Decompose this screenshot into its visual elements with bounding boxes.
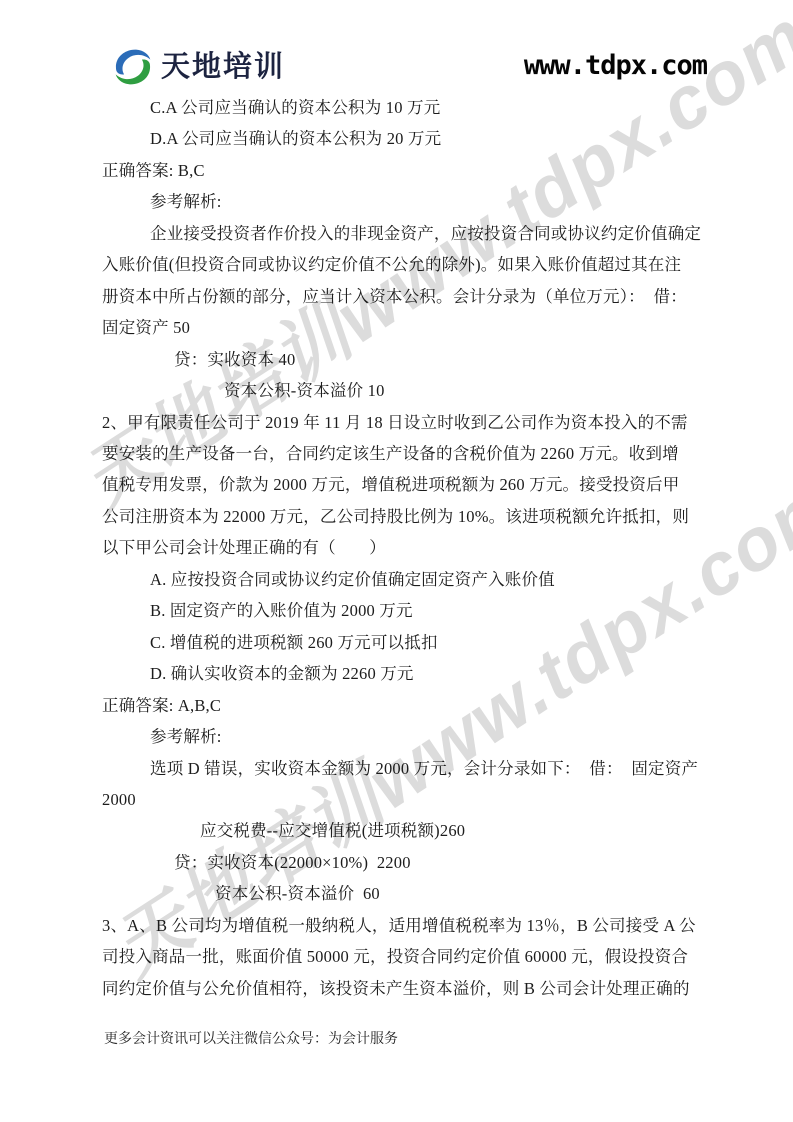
text-line: B. 固定资产的入账价值为 2000 万元 bbox=[102, 595, 692, 626]
text-line: 3、A、B 公司均为增值税一般纳税人，适用增值税税率为 13％，B 公司接受 A… bbox=[102, 910, 692, 941]
document-page: 天地培训www.tdpx.com 天地培训www.tdpx.com 天地培训 w… bbox=[0, 0, 793, 1122]
document-body: C.A 公司应当确认的资本公积为 10 万元D.A 公司应当确认的资本公积为 2… bbox=[102, 92, 692, 1004]
site-url-text: www.tdpx.com bbox=[524, 50, 707, 81]
text-line: 要安装的生产设备一台，合同约定该生产设备的含税价值为 2260 万元。收到增 bbox=[102, 438, 692, 469]
text-line: 参考解析: bbox=[102, 186, 692, 217]
text-line: C.A 公司应当确认的资本公积为 10 万元 bbox=[102, 92, 692, 123]
text-line: D.A 公司应当确认的资本公积为 20 万元 bbox=[102, 123, 692, 154]
text-line: 正确答案: A,B,C bbox=[102, 690, 692, 721]
text-line: 值税专用发票，价款为 2000 万元，增值税进项税额为 260 万元。接受投资后… bbox=[102, 469, 692, 500]
text-line: 固定资产 50 bbox=[102, 312, 692, 343]
text-line: 参考解析: bbox=[102, 721, 692, 752]
text-line: 以下甲公司会计处理正确的有（ ） bbox=[102, 532, 692, 563]
text-line: A. 应按投资合同或协议约定价值确定固定资产入账价值 bbox=[102, 564, 692, 595]
swirl-logo-icon bbox=[112, 46, 154, 88]
text-line: D. 确认实收资本的金额为 2260 万元 bbox=[102, 658, 692, 689]
text-line: 正确答案: B,C bbox=[102, 155, 692, 186]
text-line: 贷：实收资本 40 bbox=[102, 344, 692, 375]
text-line: 司投入商品一批，账面价值 50000 元，投资合同约定价值 60000 元，假设… bbox=[102, 941, 692, 972]
brand-logo: 天地培训 bbox=[112, 46, 285, 88]
brand-logo-text: 天地培训 bbox=[161, 46, 285, 88]
text-line: 选项 D 错误，实收资本金额为 2000 万元，会计分录如下： 借： 固定资产 bbox=[102, 753, 692, 784]
text-line: 企业接受投资者作价投入的非现金资产，应按投资合同或协议约定价值确定 bbox=[102, 218, 692, 249]
footer-note: 更多会计资讯可以关注微信公众号：为会计服务 bbox=[104, 1030, 398, 1050]
text-line: 资本公积-资本溢价 60 bbox=[102, 878, 692, 909]
text-line: C. 增值税的进项税额 260 万元可以抵扣 bbox=[102, 627, 692, 658]
text-line: 2000 bbox=[102, 784, 692, 815]
text-line: 册资本中所占份额的部分，应当计入资本公积。会计分录为（单位万元）： 借： bbox=[102, 281, 692, 312]
text-line: 同约定价值与公允价值相符，该投资未产生资本溢价，则 B 公司会计处理正确的 bbox=[102, 973, 692, 1004]
text-line: 公司注册资本为 22000 万元，乙公司持股比例为 10%。该进项税额允许抵扣，… bbox=[102, 501, 692, 532]
text-line: 资本公积-资本溢价 10 bbox=[102, 375, 692, 406]
text-line: 贷：实收资本(22000×10%) 2200 bbox=[102, 847, 692, 878]
text-line: 入账价值(但投资合同或协议约定价值不公允的除外)。如果入账价值超过其在注 bbox=[102, 249, 692, 280]
text-line: 应交税费--应交增值税(进项税额)260 bbox=[102, 815, 692, 846]
text-line: 2、甲有限责任公司于 2019 年 11 月 18 日设立时收到乙公司作为资本投… bbox=[102, 407, 692, 438]
page-header: 天地培训 www.tdpx.com bbox=[0, 0, 793, 96]
